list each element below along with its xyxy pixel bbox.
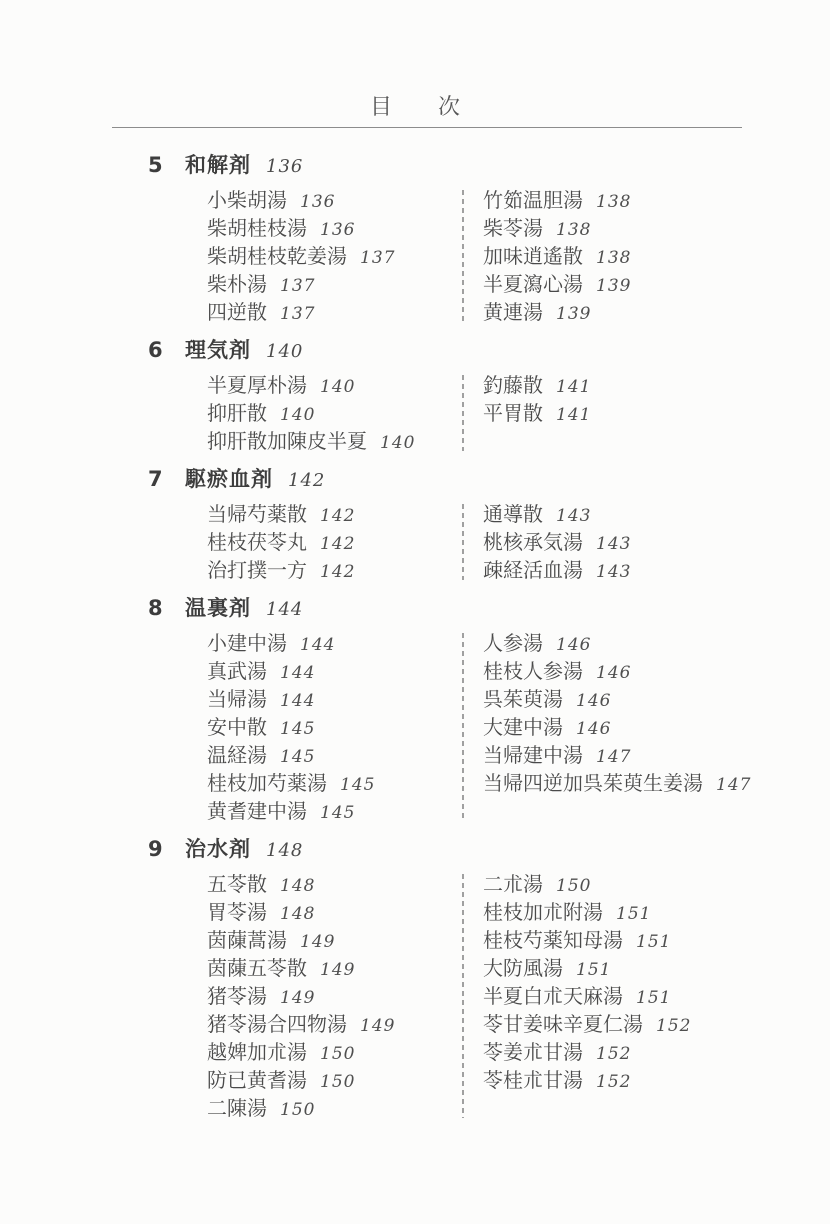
entry-page-number: 139: [596, 276, 631, 296]
entry-page-number: 151: [636, 988, 671, 1008]
entry-title: 苓甘姜味辛夏仁湯: [483, 1012, 643, 1036]
toc-entry: 苓姜朮甘湯152: [483, 1038, 691, 1066]
section-header: 5和解剤136: [148, 150, 798, 180]
entry-page-number: 136: [320, 220, 355, 240]
entry-title: 当帰湯: [207, 687, 267, 711]
entry-page-number: 143: [596, 534, 631, 554]
toc-entry: 桂枝芍薬知母湯151: [483, 926, 691, 954]
entry-page-number: 138: [596, 248, 631, 268]
entry-title: 桂枝人参湯: [483, 659, 583, 683]
entry-page-number: 150: [320, 1044, 355, 1064]
toc-section: 5和解剤136小柴胡湯136柴胡桂枝湯136柴胡桂枝乾姜湯137柴朴湯137四逆…: [148, 150, 798, 326]
entry-page-number: 146: [556, 635, 591, 655]
toc-entry: 半夏瀉心湯139: [483, 270, 631, 298]
toc-entry: 桂枝加芍薬湯145: [207, 769, 462, 797]
section-title: 理気剤: [185, 335, 251, 365]
toc-entry: 四逆散137: [207, 298, 462, 326]
entry-title: 五苓散: [207, 872, 267, 896]
section-title: 駆瘀血剤: [185, 464, 273, 494]
entry-page-number: 147: [596, 747, 631, 767]
entry-page-number: 142: [320, 506, 355, 526]
entry-title: 桂枝加芍薬湯: [207, 771, 327, 795]
page-title: 目 次: [0, 90, 830, 121]
entry-title: 防已黄耆湯: [207, 1068, 307, 1092]
toc-entry: 当帰湯144: [207, 685, 462, 713]
toc-entry: 二陳湯150: [207, 1094, 462, 1122]
section-number: 9: [148, 834, 185, 864]
section-title: 治水剤: [185, 834, 251, 864]
column-divider: [462, 633, 464, 821]
toc-entry: 柴苓湯138: [483, 214, 631, 242]
left-column: 当帰芍薬散142桂枝茯苓丸142治打撲一方142: [148, 500, 462, 584]
toc-entry: 当帰四逆加呉茱萸生姜湯147: [483, 769, 751, 797]
entry-page-number: 146: [576, 691, 611, 711]
section-page-number: 144: [266, 595, 303, 625]
toc-entry: 釣藤散141: [483, 371, 591, 399]
entry-title: 通導散: [483, 502, 543, 526]
toc-entry: 加味逍遙散138: [483, 242, 631, 270]
entry-page-number: 151: [576, 960, 611, 980]
entry-title: 柴苓湯: [483, 216, 543, 240]
toc-entry: 抑肝散140: [207, 399, 462, 427]
entry-page-number: 149: [320, 960, 355, 980]
entry-title: 四逆散: [207, 300, 267, 324]
toc-entry: 黄連湯139: [483, 298, 631, 326]
toc-entry: 黄耆建中湯145: [207, 797, 462, 825]
header-rule: [112, 127, 742, 128]
entry-page-number: 142: [320, 534, 355, 554]
entry-page-number: 146: [576, 719, 611, 739]
entry-title: 二朮湯: [483, 872, 543, 896]
toc-entry: 抑肝散加陳皮半夏140: [207, 427, 462, 455]
right-column: 通導散143桃核承気湯143疎経活血湯143: [462, 500, 631, 584]
entry-title: 半夏瀉心湯: [483, 272, 583, 296]
toc-entry: 当帰芍薬散142: [207, 500, 462, 528]
toc-entry: 柴朴湯137: [207, 270, 462, 298]
entry-page-number: 142: [320, 562, 355, 582]
toc-entry: 苓甘姜味辛夏仁湯152: [483, 1010, 691, 1038]
entry-title: 桃核承気湯: [483, 530, 583, 554]
section-title: 和解剤: [185, 150, 251, 180]
section-body: 半夏厚朴湯140抑肝散140抑肝散加陳皮半夏140釣藤散141平胃散141: [148, 371, 798, 455]
section-header: 8温裏剤144: [148, 593, 798, 623]
entry-page-number: 141: [556, 377, 591, 397]
entry-title: 真武湯: [207, 659, 267, 683]
entry-page-number: 143: [556, 506, 591, 526]
page-title-char-1: 目: [370, 90, 392, 121]
entry-title: 柴胡桂枝乾姜湯: [207, 244, 347, 268]
section-title: 温裏剤: [185, 593, 251, 623]
toc-entry: 柴胡桂枝乾姜湯137: [207, 242, 462, 270]
left-column: 半夏厚朴湯140抑肝散140抑肝散加陳皮半夏140: [148, 371, 462, 455]
left-column: 小柴胡湯136柴胡桂枝湯136柴胡桂枝乾姜湯137柴朴湯137四逆散137: [148, 186, 462, 326]
column-divider: [462, 504, 464, 580]
column-divider: [462, 375, 464, 451]
toc-entry: 人参湯146: [483, 629, 751, 657]
entry-page-number: 149: [360, 1016, 395, 1036]
toc-entry: 半夏白朮天麻湯151: [483, 982, 691, 1010]
toc-entry: 小建中湯144: [207, 629, 462, 657]
toc-entry: 柴胡桂枝湯136: [207, 214, 462, 242]
entry-page-number: 148: [280, 876, 315, 896]
toc-entry: 通導散143: [483, 500, 631, 528]
entry-page-number: 149: [280, 988, 315, 1008]
entry-title: 呉茱萸湯: [483, 687, 563, 711]
entry-page-number: 137: [280, 276, 315, 296]
entry-page-number: 152: [596, 1072, 631, 1092]
entry-title: 桂枝加朮附湯: [483, 900, 603, 924]
entry-title: 越婢加朮湯: [207, 1040, 307, 1064]
entry-title: 茵蔯蒿湯: [207, 928, 287, 952]
entry-page-number: 145: [280, 719, 315, 739]
entry-title: 柴朴湯: [207, 272, 267, 296]
entry-title: 当帰建中湯: [483, 743, 583, 767]
entry-title: 大防風湯: [483, 956, 563, 980]
toc-entry: 疎経活血湯143: [483, 556, 631, 584]
toc-entry: 猪苓湯149: [207, 982, 462, 1010]
section-page-number: 136: [266, 152, 303, 182]
toc-entry: 呉茱萸湯146: [483, 685, 751, 713]
entry-page-number: 138: [556, 220, 591, 240]
toc-entry: 茵蔯蒿湯149: [207, 926, 462, 954]
section-number: 5: [148, 150, 185, 180]
entry-title: 大建中湯: [483, 715, 563, 739]
entry-page-number: 140: [380, 433, 415, 453]
entry-page-number: 146: [596, 663, 631, 683]
entry-title: 胃苓湯: [207, 900, 267, 924]
entry-page-number: 138: [596, 192, 631, 212]
section-number: 7: [148, 464, 185, 494]
entry-title: 小柴胡湯: [207, 188, 287, 212]
section-body: 五苓散148胃苓湯148茵蔯蒿湯149茵蔯五苓散149猪苓湯149猪苓湯合四物湯…: [148, 870, 798, 1122]
section-page-number: 148: [266, 836, 303, 866]
section-number: 8: [148, 593, 185, 623]
entry-page-number: 152: [596, 1044, 631, 1064]
toc-entry: 二朮湯150: [483, 870, 691, 898]
toc-entry: 防已黄耆湯150: [207, 1066, 462, 1094]
toc-entry: 桂枝茯苓丸142: [207, 528, 462, 556]
toc-sections: 5和解剤136小柴胡湯136柴胡桂枝湯136柴胡桂枝乾姜湯137柴朴湯137四逆…: [148, 150, 798, 1131]
toc-entry: 平胃散141: [483, 399, 591, 427]
entry-page-number: 148: [280, 904, 315, 924]
toc-entry: 大防風湯151: [483, 954, 691, 982]
toc-entry: 猪苓湯合四物湯149: [207, 1010, 462, 1038]
entry-title: 苓桂朮甘湯: [483, 1068, 583, 1092]
entry-page-number: 150: [280, 1100, 315, 1120]
section-header: 6理気剤140: [148, 335, 798, 365]
entry-page-number: 147: [716, 775, 751, 795]
section-body: 小柴胡湯136柴胡桂枝湯136柴胡桂枝乾姜湯137柴朴湯137四逆散137竹筎温…: [148, 186, 798, 326]
entry-page-number: 137: [360, 248, 395, 268]
toc-entry: 真武湯144: [207, 657, 462, 685]
section-body: 小建中湯144真武湯144当帰湯144安中散145温経湯145桂枝加芍薬湯145…: [148, 629, 798, 825]
toc-entry: 桂枝人参湯146: [483, 657, 751, 685]
toc-entry: 温経湯145: [207, 741, 462, 769]
toc-entry: 茵蔯五苓散149: [207, 954, 462, 982]
entry-page-number: 149: [300, 932, 335, 952]
toc-entry: 五苓散148: [207, 870, 462, 898]
entry-title: 猪苓湯: [207, 984, 267, 1008]
entry-page-number: 141: [556, 405, 591, 425]
toc-section: 8温裏剤144小建中湯144真武湯144当帰湯144安中散145温経湯145桂枝…: [148, 593, 798, 825]
entry-page-number: 152: [656, 1016, 691, 1036]
toc-entry: 苓桂朮甘湯152: [483, 1066, 691, 1094]
entry-title: 半夏厚朴湯: [207, 373, 307, 397]
entry-title: 平胃散: [483, 401, 543, 425]
entry-page-number: 150: [320, 1072, 355, 1092]
entry-page-number: 144: [300, 635, 335, 655]
entry-title: 柴胡桂枝湯: [207, 216, 307, 240]
entry-page-number: 144: [280, 663, 315, 683]
entry-title: 治打撲一方: [207, 558, 307, 582]
entry-page-number: 136: [300, 192, 335, 212]
entry-page-number: 145: [320, 803, 355, 823]
entry-title: 安中散: [207, 715, 267, 739]
entry-page-number: 151: [636, 932, 671, 952]
entry-page-number: 144: [280, 691, 315, 711]
toc-entry: 大建中湯146: [483, 713, 751, 741]
entry-page-number: 140: [280, 405, 315, 425]
section-page-number: 142: [288, 466, 325, 496]
entry-page-number: 150: [556, 876, 591, 896]
left-column: 小建中湯144真武湯144当帰湯144安中散145温経湯145桂枝加芍薬湯145…: [148, 629, 462, 825]
entry-title: 抑肝散加陳皮半夏: [207, 429, 367, 453]
toc-entry: 桃核承気湯143: [483, 528, 631, 556]
toc-entry: 当帰建中湯147: [483, 741, 751, 769]
entry-title: 釣藤散: [483, 373, 543, 397]
column-divider: [462, 190, 464, 322]
entry-title: 二陳湯: [207, 1096, 267, 1120]
toc-entry: 治打撲一方142: [207, 556, 462, 584]
toc-entry: 小柴胡湯136: [207, 186, 462, 214]
entry-title: 小建中湯: [207, 631, 287, 655]
right-column: 人参湯146桂枝人参湯146呉茱萸湯146大建中湯146当帰建中湯147当帰四逆…: [462, 629, 751, 825]
entry-page-number: 145: [280, 747, 315, 767]
entry-title: 桂枝芍薬知母湯: [483, 928, 623, 952]
section-page-number: 140: [266, 337, 303, 367]
page-title-char-2: 次: [438, 90, 460, 121]
entry-title: 猪苓湯合四物湯: [207, 1012, 347, 1036]
entry-title: 半夏白朮天麻湯: [483, 984, 623, 1008]
entry-title: 当帰四逆加呉茱萸生姜湯: [483, 771, 703, 795]
entry-title: 抑肝散: [207, 401, 267, 425]
toc-entry: 越婢加朮湯150: [207, 1038, 462, 1066]
entry-title: 桂枝茯苓丸: [207, 530, 307, 554]
entry-title: 加味逍遙散: [483, 244, 583, 268]
entry-page-number: 139: [556, 304, 591, 324]
right-column: 二朮湯150桂枝加朮附湯151桂枝芍薬知母湯151大防風湯151半夏白朮天麻湯1…: [462, 870, 691, 1122]
toc-entry: 半夏厚朴湯140: [207, 371, 462, 399]
section-body: 当帰芍薬散142桂枝茯苓丸142治打撲一方142通導散143桃核承気湯143疎経…: [148, 500, 798, 584]
entry-page-number: 143: [596, 562, 631, 582]
entry-title: 黄耆建中湯: [207, 799, 307, 823]
left-column: 五苓散148胃苓湯148茵蔯蒿湯149茵蔯五苓散149猪苓湯149猪苓湯合四物湯…: [148, 870, 462, 1122]
section-header: 9治水剤148: [148, 834, 798, 864]
toc-entry: 胃苓湯148: [207, 898, 462, 926]
toc-entry: 竹筎温胆湯138: [483, 186, 631, 214]
entry-title: 竹筎温胆湯: [483, 188, 583, 212]
entry-title: 温経湯: [207, 743, 267, 767]
toc-entry: 桂枝加朮附湯151: [483, 898, 691, 926]
entry-title: 疎経活血湯: [483, 558, 583, 582]
entry-title: 当帰芍薬散: [207, 502, 307, 526]
toc-entry: 安中散145: [207, 713, 462, 741]
entry-title: 人参湯: [483, 631, 543, 655]
right-column: 釣藤散141平胃散141: [462, 371, 591, 455]
toc-section: 6理気剤140半夏厚朴湯140抑肝散140抑肝散加陳皮半夏140釣藤散141平胃…: [148, 335, 798, 455]
entry-page-number: 140: [320, 377, 355, 397]
column-divider: [462, 874, 464, 1118]
section-header: 7駆瘀血剤142: [148, 464, 798, 494]
section-number: 6: [148, 335, 185, 365]
right-column: 竹筎温胆湯138柴苓湯138加味逍遙散138半夏瀉心湯139黄連湯139: [462, 186, 631, 326]
entry-page-number: 137: [280, 304, 315, 324]
entry-page-number: 151: [616, 904, 651, 924]
entry-title: 黄連湯: [483, 300, 543, 324]
entry-page-number: 145: [340, 775, 375, 795]
toc-section: 7駆瘀血剤142当帰芍薬散142桂枝茯苓丸142治打撲一方142通導散143桃核…: [148, 464, 798, 584]
entry-title: 苓姜朮甘湯: [483, 1040, 583, 1064]
toc-section: 9治水剤148五苓散148胃苓湯148茵蔯蒿湯149茵蔯五苓散149猪苓湯149…: [148, 834, 798, 1122]
entry-title: 茵蔯五苓散: [207, 956, 307, 980]
